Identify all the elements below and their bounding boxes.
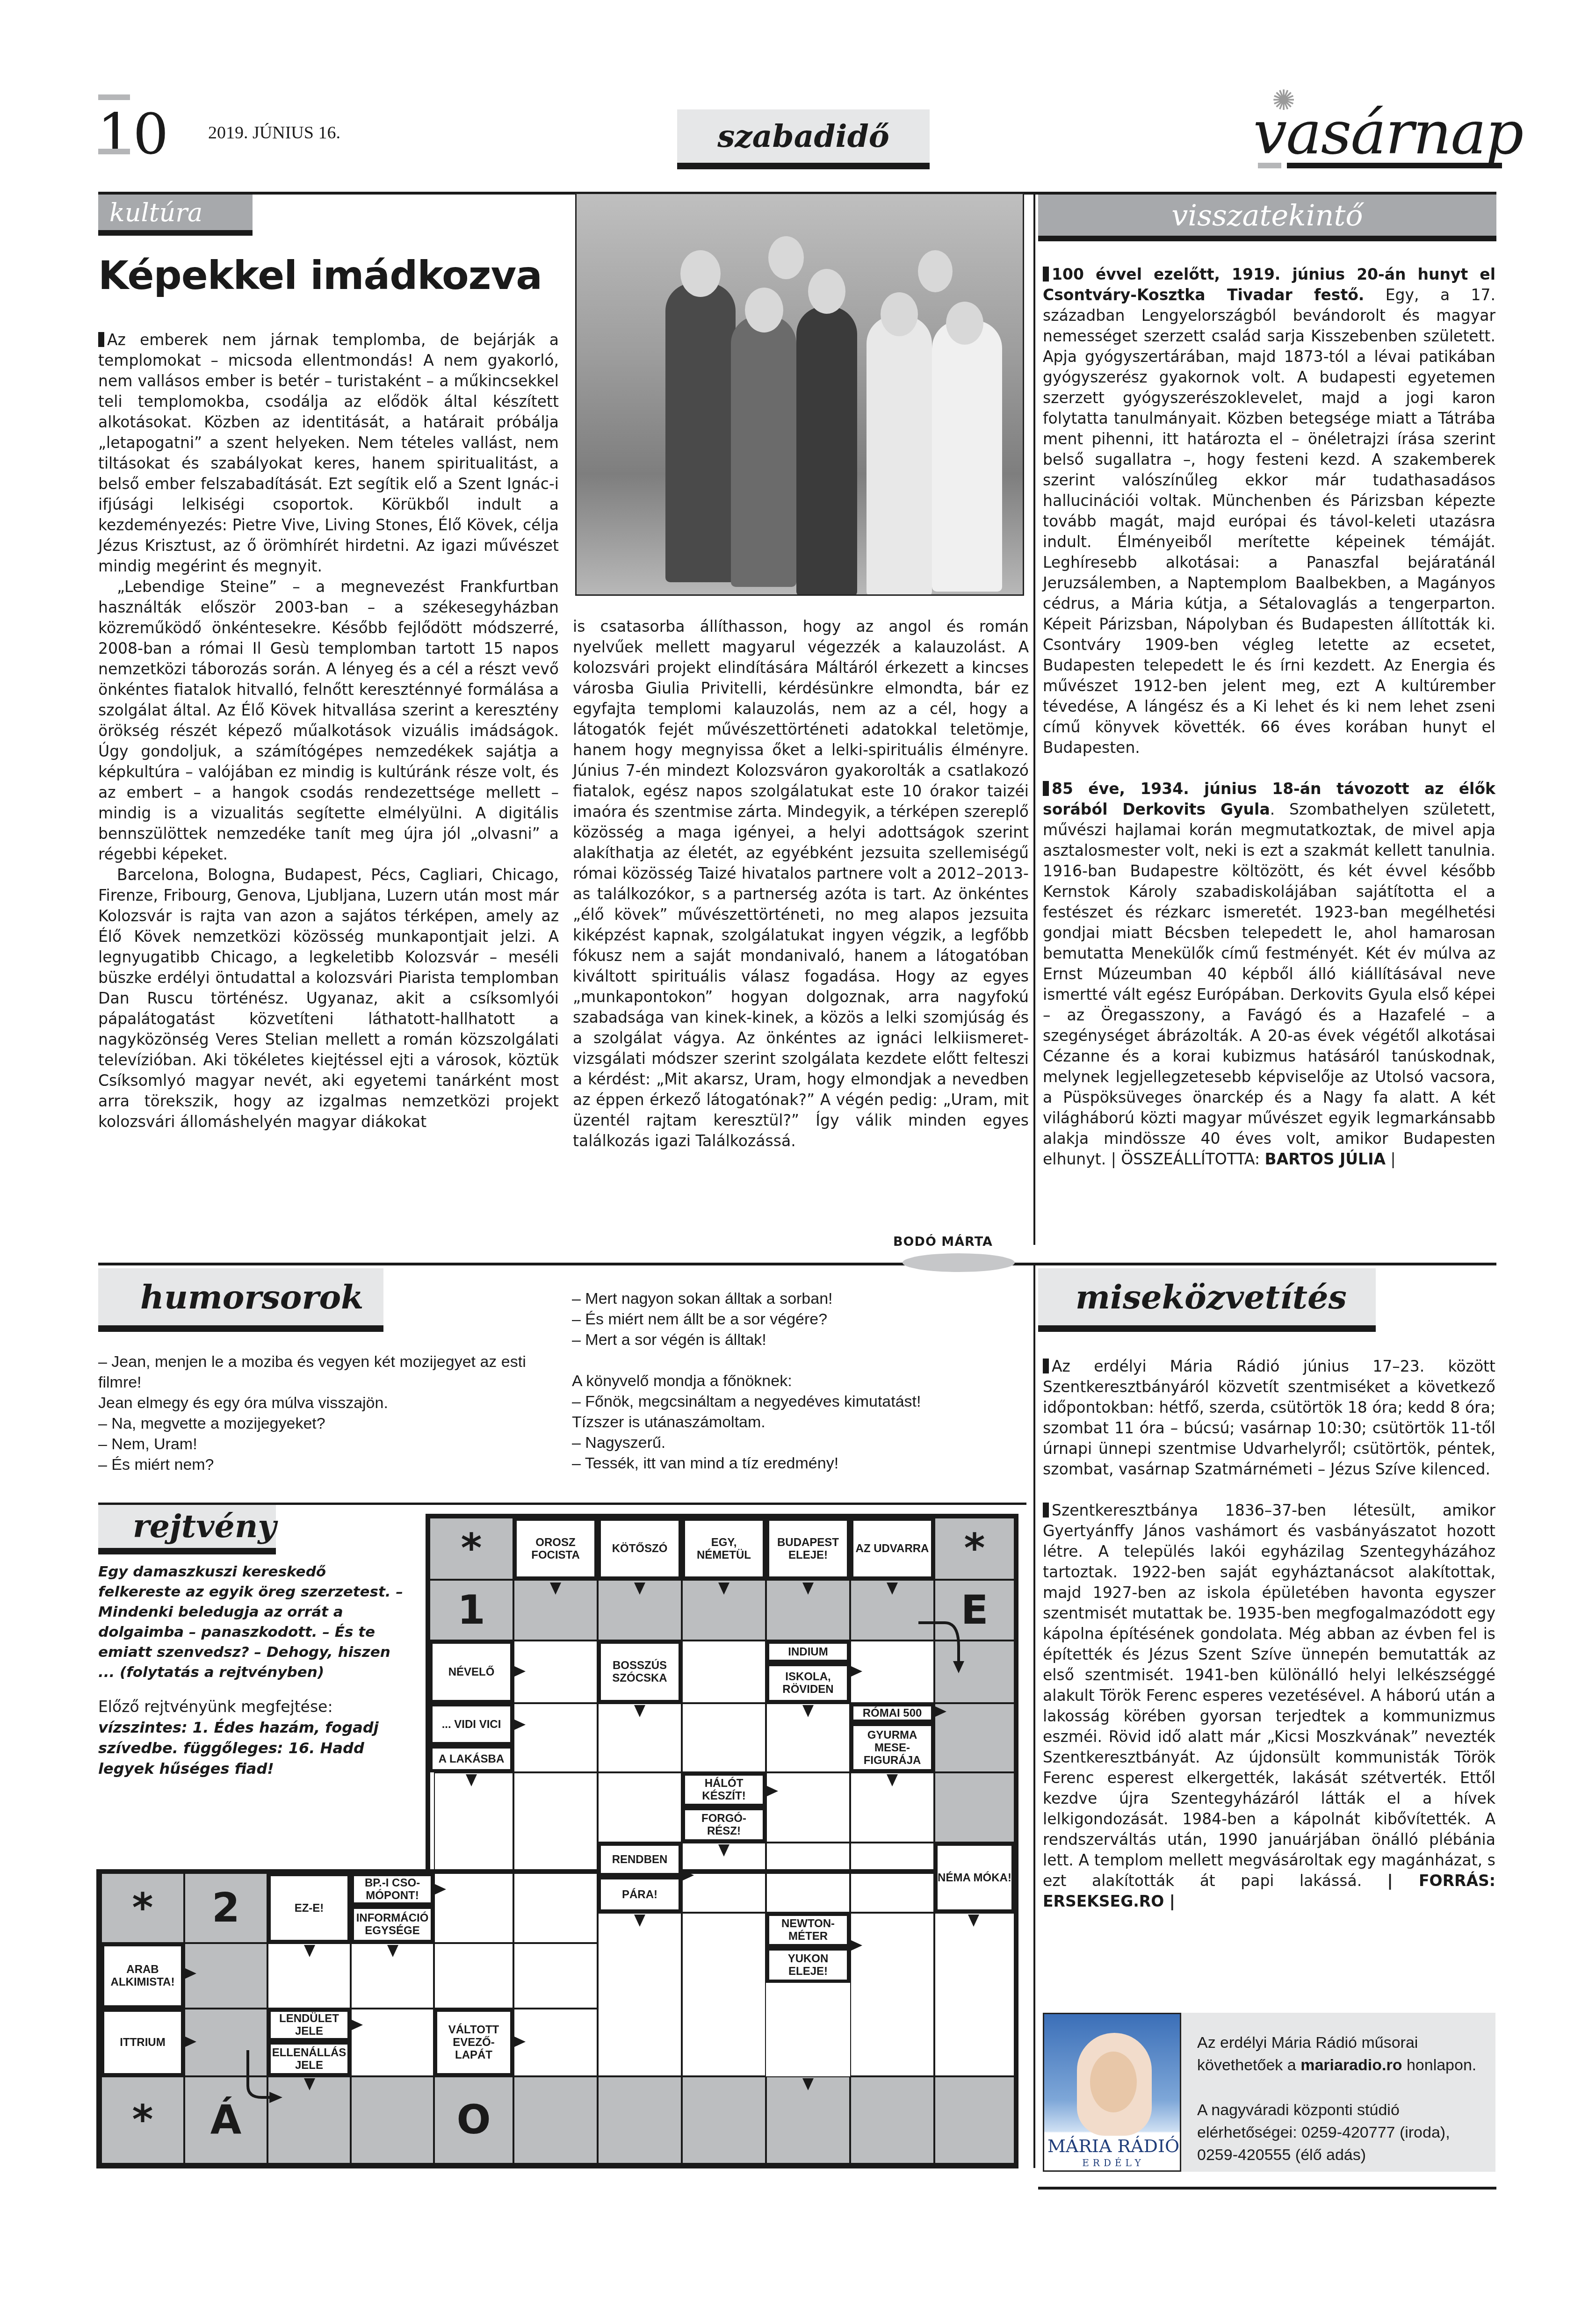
humor-line: – Tessék, itt van mind a tíz eredmény!: [572, 1453, 1030, 1474]
article-paragraph: is csatasorba állíthasson, hogy az angol…: [573, 616, 1029, 1151]
crossword-clue: PÁRA!: [598, 1876, 682, 1913]
misekozvetites-kicker: miseközvetítés: [1038, 1268, 1376, 1332]
humor-line: – Főnök, megcsináltam a negyedéves kimut…: [572, 1391, 1030, 1412]
page-number-rule-top: [98, 94, 130, 100]
radio-website-text: Az erdélyi Mária Rádió műsorai követhető…: [1197, 2031, 1478, 2076]
crossword-clue: BOSSZÚS SZÓCSKA: [598, 1641, 682, 1703]
photo-face: [881, 292, 918, 336]
misekozvetites-body: Az erdélyi Mária Rádió június 17–23. köz…: [1043, 1356, 1495, 1912]
column-divider: [1033, 1265, 1035, 2168]
arrow-right-icon: [850, 1666, 862, 1677]
arrow-down-icon: [887, 1583, 898, 1595]
masthead-title: vasárnap: [1253, 98, 1523, 168]
retrospective-item: 85 éve, 1934. június 18-án távozott az é…: [1043, 779, 1495, 1170]
photo-face: [680, 250, 721, 297]
photo-person: [665, 283, 736, 582]
humor-line: Tízszer is utánaszámoltam.: [572, 1412, 1030, 1432]
crossword-clue: EGY, NÉMETÜL: [682, 1518, 766, 1580]
article-photo: [575, 193, 1024, 596]
crossword-clue: FORGÓ-RÉSZ!: [682, 1807, 766, 1843]
page-number-rule-bottom: [98, 149, 130, 154]
photo-face: [808, 269, 845, 314]
crossword-answer-cell[interactable]: [682, 1913, 766, 2076]
photo-face: [745, 288, 783, 332]
crossword-answer-cell[interactable]: [351, 2076, 434, 2164]
crossword-clue: BUDAPEST ELEJE!: [766, 1518, 850, 1580]
crossword-clue: ARAB ALKIMISTA!: [101, 1943, 184, 2009]
crossword-answer-cell[interactable]: [766, 1843, 850, 1913]
crossword-clue: RÓMAI 500: [850, 1703, 934, 1723]
humor-line: Jean elmegy és egy óra múlva visszajön.: [98, 1393, 542, 1413]
previous-solution: vízszintes: 1. Édes hazám, fogadj szíved…: [98, 1717, 407, 1779]
paragraph-marker: [1043, 267, 1049, 282]
article-column-1: Az emberek nem járnak templomba, de bejá…: [98, 330, 559, 1132]
photo-face: [946, 302, 983, 345]
arrow-right-icon: [850, 1940, 862, 1951]
crossword-star-cell: *: [429, 1518, 513, 1580]
arrow-right-icon: [766, 1785, 778, 1797]
photo-face: [768, 236, 804, 279]
humorsorok-kicker: humorsorok: [98, 1268, 383, 1332]
crossword-row-number: 1: [429, 1580, 513, 1641]
maria-radio-box: MÁRIA RÁDIÓ ERDÉLY Az erdélyi Mária Rádi…: [1043, 2013, 1495, 2172]
paragraph-marker: [1043, 1359, 1049, 1373]
crossword-clue: RENDBEN: [598, 1843, 682, 1876]
article-paragraph: „Lebendige Steine” – a megnevezést Frank…: [98, 577, 559, 865]
visszatekinto-kicker: visszatekintő: [1038, 195, 1496, 241]
crossword-answer-cell[interactable]: [598, 2076, 682, 2164]
arrow-right-icon: [513, 1719, 526, 1730]
logo-subtitle: ERDÉLY: [1044, 2157, 1181, 2168]
previous-solution-label: Előző rejtvényünk megfejtése:: [98, 1697, 407, 1717]
crossword-clue: HÁLÓT KÉSZÍT!: [682, 1772, 766, 1807]
humor-line: – Mert nagyon sokan álltak a sorban!: [572, 1288, 1030, 1309]
crossword-answer-cell[interactable]: [513, 2076, 598, 2164]
crossword-answer-cell[interactable]: [934, 2076, 1015, 2164]
arrow-down-icon: [634, 1915, 645, 1927]
crossword-answer-cell[interactable]: [598, 1913, 682, 2076]
arrow-down-icon: [718, 1844, 729, 1857]
arrow-right-icon: [184, 2036, 196, 2047]
section-tag: szabadidő: [677, 109, 930, 169]
crossword-clue: NÉVELŐ: [429, 1641, 513, 1703]
crossword-answer-cell[interactable]: [513, 1943, 598, 2009]
article-headline: Képekkel imádkozva: [98, 253, 566, 298]
face-icon: [1090, 2052, 1137, 2112]
crossword-row-letter: O: [434, 2076, 513, 2164]
crossword-clue: YUKON ELEJE!: [766, 1947, 850, 1983]
arrow-down-icon: [802, 1705, 814, 1717]
humor-line: – Mert a sor végén is álltak!: [572, 1330, 1030, 1350]
crossword-answer-cell[interactable]: [513, 1641, 598, 1703]
crossword-clue: ITTRIUM: [101, 2009, 184, 2076]
crossword-answer-cell[interactable]: [766, 1772, 850, 1843]
arrow-right-icon: [513, 1666, 526, 1677]
humor-line: – Nagyszerű.: [572, 1432, 1030, 1453]
humor-line: – Na, megvette a mozijegyeket?: [98, 1413, 542, 1434]
arrow-down-icon: [802, 1583, 814, 1595]
arrow-down-icon: [466, 1774, 477, 1786]
crossword-clue: INFORMÁCIÓ EGYSÉGE: [351, 1906, 434, 1943]
arrow-down-icon: [304, 2078, 315, 2090]
crossword-star-cell: *: [101, 1873, 184, 1943]
radio-info: Az erdélyi Mária Rádió műsorai követhető…: [1197, 2031, 1478, 2166]
crossword-clue: BP.-I CSO-MÓPONT!: [351, 1873, 434, 1906]
paragraph-marker: [1043, 1503, 1049, 1518]
arrow-down-icon: [304, 1945, 315, 1957]
crossword-answer-cell[interactable]: [184, 1943, 267, 2009]
retrospective-item: 100 évvel ezelőtt, 1919. június 20-án hu…: [1043, 264, 1495, 758]
masthead: ✺ vasárnap: [1253, 94, 1496, 168]
arrow-down-icon: [968, 1915, 979, 1927]
arrow-right-icon: [682, 1870, 694, 1881]
crossword-clue: INDIUM: [766, 1641, 850, 1663]
photo-person: [731, 316, 796, 587]
crossword-answer-cell[interactable]: [434, 1943, 513, 2009]
crossword-clue: KÖTŐSZÓ: [598, 1518, 682, 1580]
humor-left: – Jean, menjen le a moziba és vegyen két…: [98, 1352, 542, 1475]
masthead-rule: [1287, 163, 1502, 168]
crossword-clue: NEWTON-MÉTER: [766, 1913, 850, 1947]
photo-person: [867, 316, 932, 596]
humor-line: – Jean, menjen le a moziba és vegyen két…: [98, 1352, 542, 1393]
crossword-answer-cell[interactable]: [934, 1913, 1015, 2076]
humor-line: – És miért nem?: [98, 1454, 542, 1475]
article-paragraph: Barcelona, Bologna, Budapest, Pécs, Cagl…: [98, 865, 559, 1132]
article-paragraph: Az emberek nem járnak templomba, de bejá…: [98, 330, 559, 577]
continuation-arrow-icon: [917, 1618, 973, 1674]
crossword-answer-cell[interactable]: [850, 2076, 934, 2164]
mass-schedule: Az erdélyi Mária Rádió június 17–23. köz…: [1043, 1356, 1495, 1480]
crossword-row-number: 2: [184, 1873, 267, 1943]
visszatekinto-body: 100 évvel ezelőtt, 1919. június 20-án hu…: [1043, 264, 1495, 1170]
crossword-answer-cell[interactable]: [513, 1703, 598, 1772]
arrow-down-icon: [802, 2078, 814, 2090]
crossword-answer-cell[interactable]: [682, 1641, 766, 1703]
crossword-answer-cell[interactable]: [850, 1913, 934, 2076]
crossword-answer-cell[interactable]: [598, 1772, 682, 1843]
crossword-clue: AZ UDVARRA: [850, 1518, 934, 1580]
crossword-star-cell: *: [934, 1518, 1015, 1580]
humor-line: A könyvelő mondja a főnöknek:: [572, 1371, 1030, 1391]
arrow-right-icon: [434, 1884, 446, 1895]
radio-contact: A nagyváradi központi stúdió elérhetőség…: [1197, 2099, 1478, 2166]
arrow-right-icon: [513, 2036, 526, 2047]
crossword-answer-cell[interactable]: [682, 2076, 766, 2164]
arrow-right-icon: [934, 1706, 946, 1717]
issue-date: 2019. JÚNIUS 16.: [208, 123, 340, 143]
crossword-answer-cell[interactable]: [351, 2009, 434, 2076]
arrow-down-icon: [634, 1705, 645, 1717]
page-number: 10: [97, 107, 169, 163]
arrow-right-icon: [351, 2019, 363, 2031]
article-column-2: is csatasorba állíthasson, hogy az angol…: [573, 616, 1029, 1151]
column-divider: [1033, 193, 1035, 1245]
crossword-clue: ISKOLA, RÖVIDEN: [766, 1663, 850, 1703]
humor-line: – Nem, Uram!: [98, 1434, 542, 1454]
article-byline: BODÓ MÁRTA: [893, 1235, 993, 1249]
humor-line: – És miért nem állt be a sor végére?: [572, 1309, 1030, 1330]
crossword-clue: NÉMA MÓKA!: [934, 1843, 1015, 1913]
continuation-arrow-icon: [243, 2048, 285, 2109]
arrow-down-icon: [887, 1774, 898, 1786]
kultura-kicker: kultúra: [98, 195, 253, 236]
crossword-clue: A LAKÁSBA: [429, 1745, 513, 1772]
paragraph-marker: [1043, 781, 1049, 796]
crossword-clue: GYURMA MESE-FIGURÁJA: [850, 1723, 934, 1772]
crossword-clue: VÁLTOTT EVEZŐ-LAPÁT: [434, 2009, 513, 2076]
radio-website-link[interactable]: mariaradio.ro: [1300, 2056, 1402, 2074]
photo-face: [918, 250, 953, 292]
arrow-right-icon: [184, 1968, 196, 1979]
rejtveny-kicker: rejtvény: [98, 1505, 276, 1554]
parish-history: Szentkeresztbánya 1836–37-ben létesült, …: [1043, 1500, 1495, 1912]
crossword-answer-cell[interactable]: [434, 1772, 513, 1943]
crossword-clue: OROSZ FOCISTA: [513, 1518, 598, 1580]
logo-title: MÁRIA RÁDIÓ: [1044, 2136, 1181, 2156]
arrow-down-icon: [718, 1583, 729, 1595]
middle-rule: [98, 1263, 1496, 1265]
crossword-answer-cell[interactable]: [850, 1843, 934, 1913]
crossword-clue: EZ-E!: [267, 1873, 351, 1943]
arrow-down-icon: [387, 1945, 398, 1957]
arrow-down-icon: [550, 1583, 561, 1595]
maria-radio-logo: MÁRIA RÁDIÓ ERDÉLY: [1043, 2013, 1181, 2172]
crossword-answer-cell[interactable]: [513, 1772, 598, 1943]
paragraph-marker: [98, 332, 104, 347]
humor-right: – Mert nagyon sokan álltak a sorban! – É…: [572, 1288, 1030, 1474]
crossword-star-cell: *: [101, 2076, 184, 2164]
masthead-rule-gray: [1258, 163, 1281, 168]
crossword-answer-cell[interactable]: [934, 1772, 1015, 1843]
photo-person: [932, 320, 1002, 592]
crossword-clue: ... VIDI VICI: [429, 1703, 513, 1745]
byline-ellipse: [903, 1253, 1015, 1272]
arrow-down-icon: [634, 1583, 645, 1595]
crossword-clue: LENDÜLET JELE: [267, 2009, 351, 2041]
photo-person: [796, 306, 857, 596]
crossword-answer-cell[interactable]: [682, 1703, 766, 1772]
bottom-rule: [1038, 2187, 1496, 2190]
puzzle-prompt: Egy damaszkuszi kereskedő felkereste az …: [98, 1562, 407, 1683]
crossword-answer-cell[interactable]: [513, 2009, 598, 2076]
